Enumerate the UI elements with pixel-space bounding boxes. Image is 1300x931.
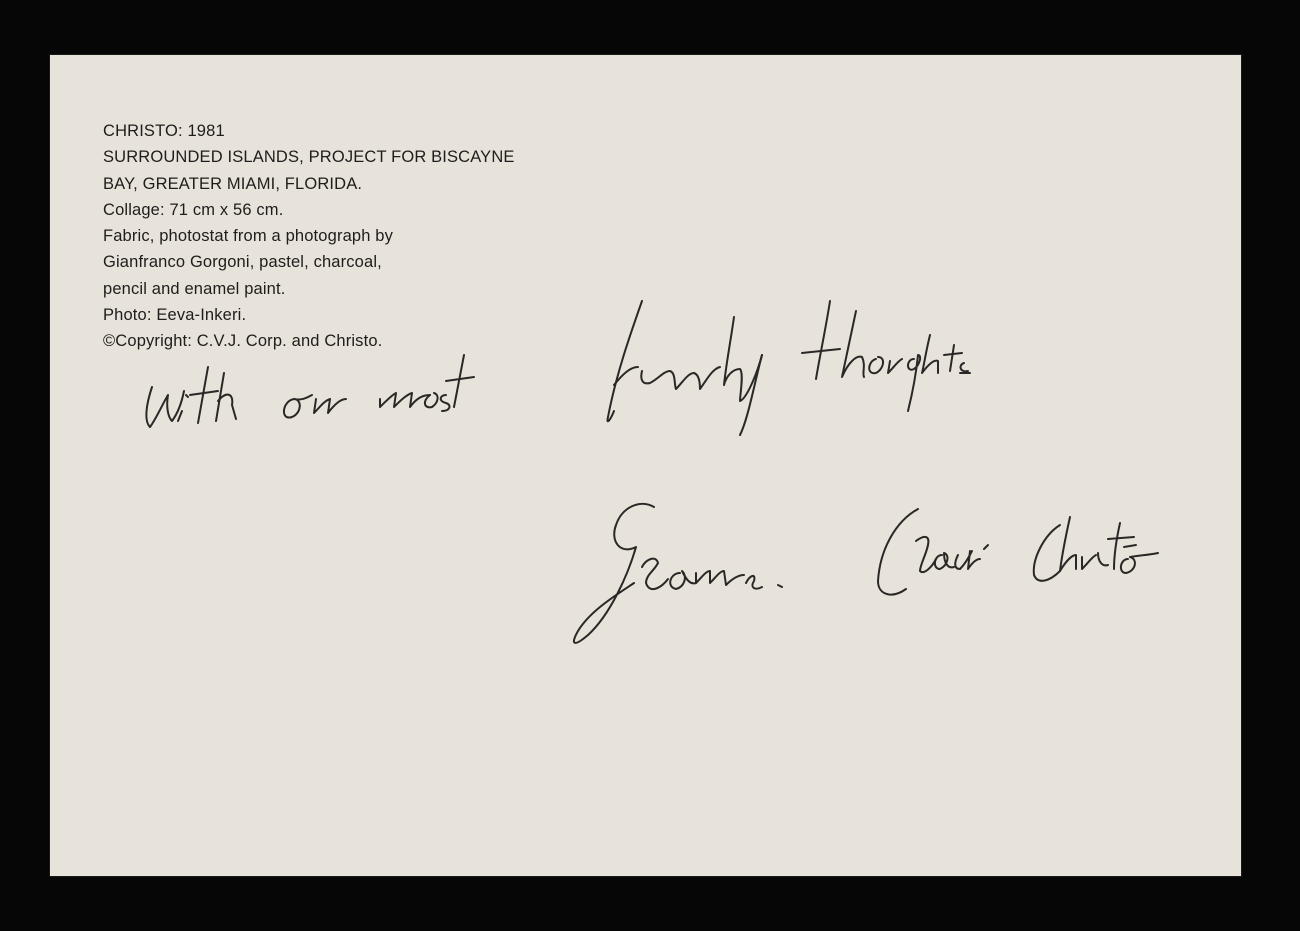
caption-medium-line-2: Gianfranco Gorgoni, pastel, charcoal, bbox=[103, 249, 515, 275]
artwork-caption: CHRISTO: 1981 SURROUNDED ISLANDS, PROJEC… bbox=[103, 118, 515, 355]
caption-title-line-2: BAY, GREATER MIAMI, FLORIDA. bbox=[103, 171, 515, 197]
caption-medium-line-3: pencil and enamel paint. bbox=[103, 276, 515, 302]
caption-copyright: ©Copyright: C.V.J. Corp. and Christo. bbox=[103, 328, 515, 354]
caption-title-line-1: SURROUNDED ISLANDS, PROJECT FOR BISCAYNE bbox=[103, 144, 515, 170]
handwritten-note-text: with our most friendly thoughts bbox=[50, 55, 51, 56]
caption-photo-credit: Photo: Eeva-Inkeri. bbox=[103, 302, 515, 328]
caption-medium-line-1: Fabric, photostat from a photograph by bbox=[103, 223, 515, 249]
postcard: CHRISTO: 1981 SURROUNDED ISLANDS, PROJEC… bbox=[50, 55, 1241, 876]
signature bbox=[574, 504, 1158, 643]
caption-artist-year: CHRISTO: 1981 bbox=[103, 118, 515, 144]
caption-dimensions: Collage: 71 cm x 56 cm. bbox=[103, 197, 515, 223]
scan-backdrop: CHRISTO: 1981 SURROUNDED ISLANDS, PROJEC… bbox=[0, 0, 1300, 931]
signature-text: Jeanne-Claude Christo bbox=[50, 55, 51, 56]
